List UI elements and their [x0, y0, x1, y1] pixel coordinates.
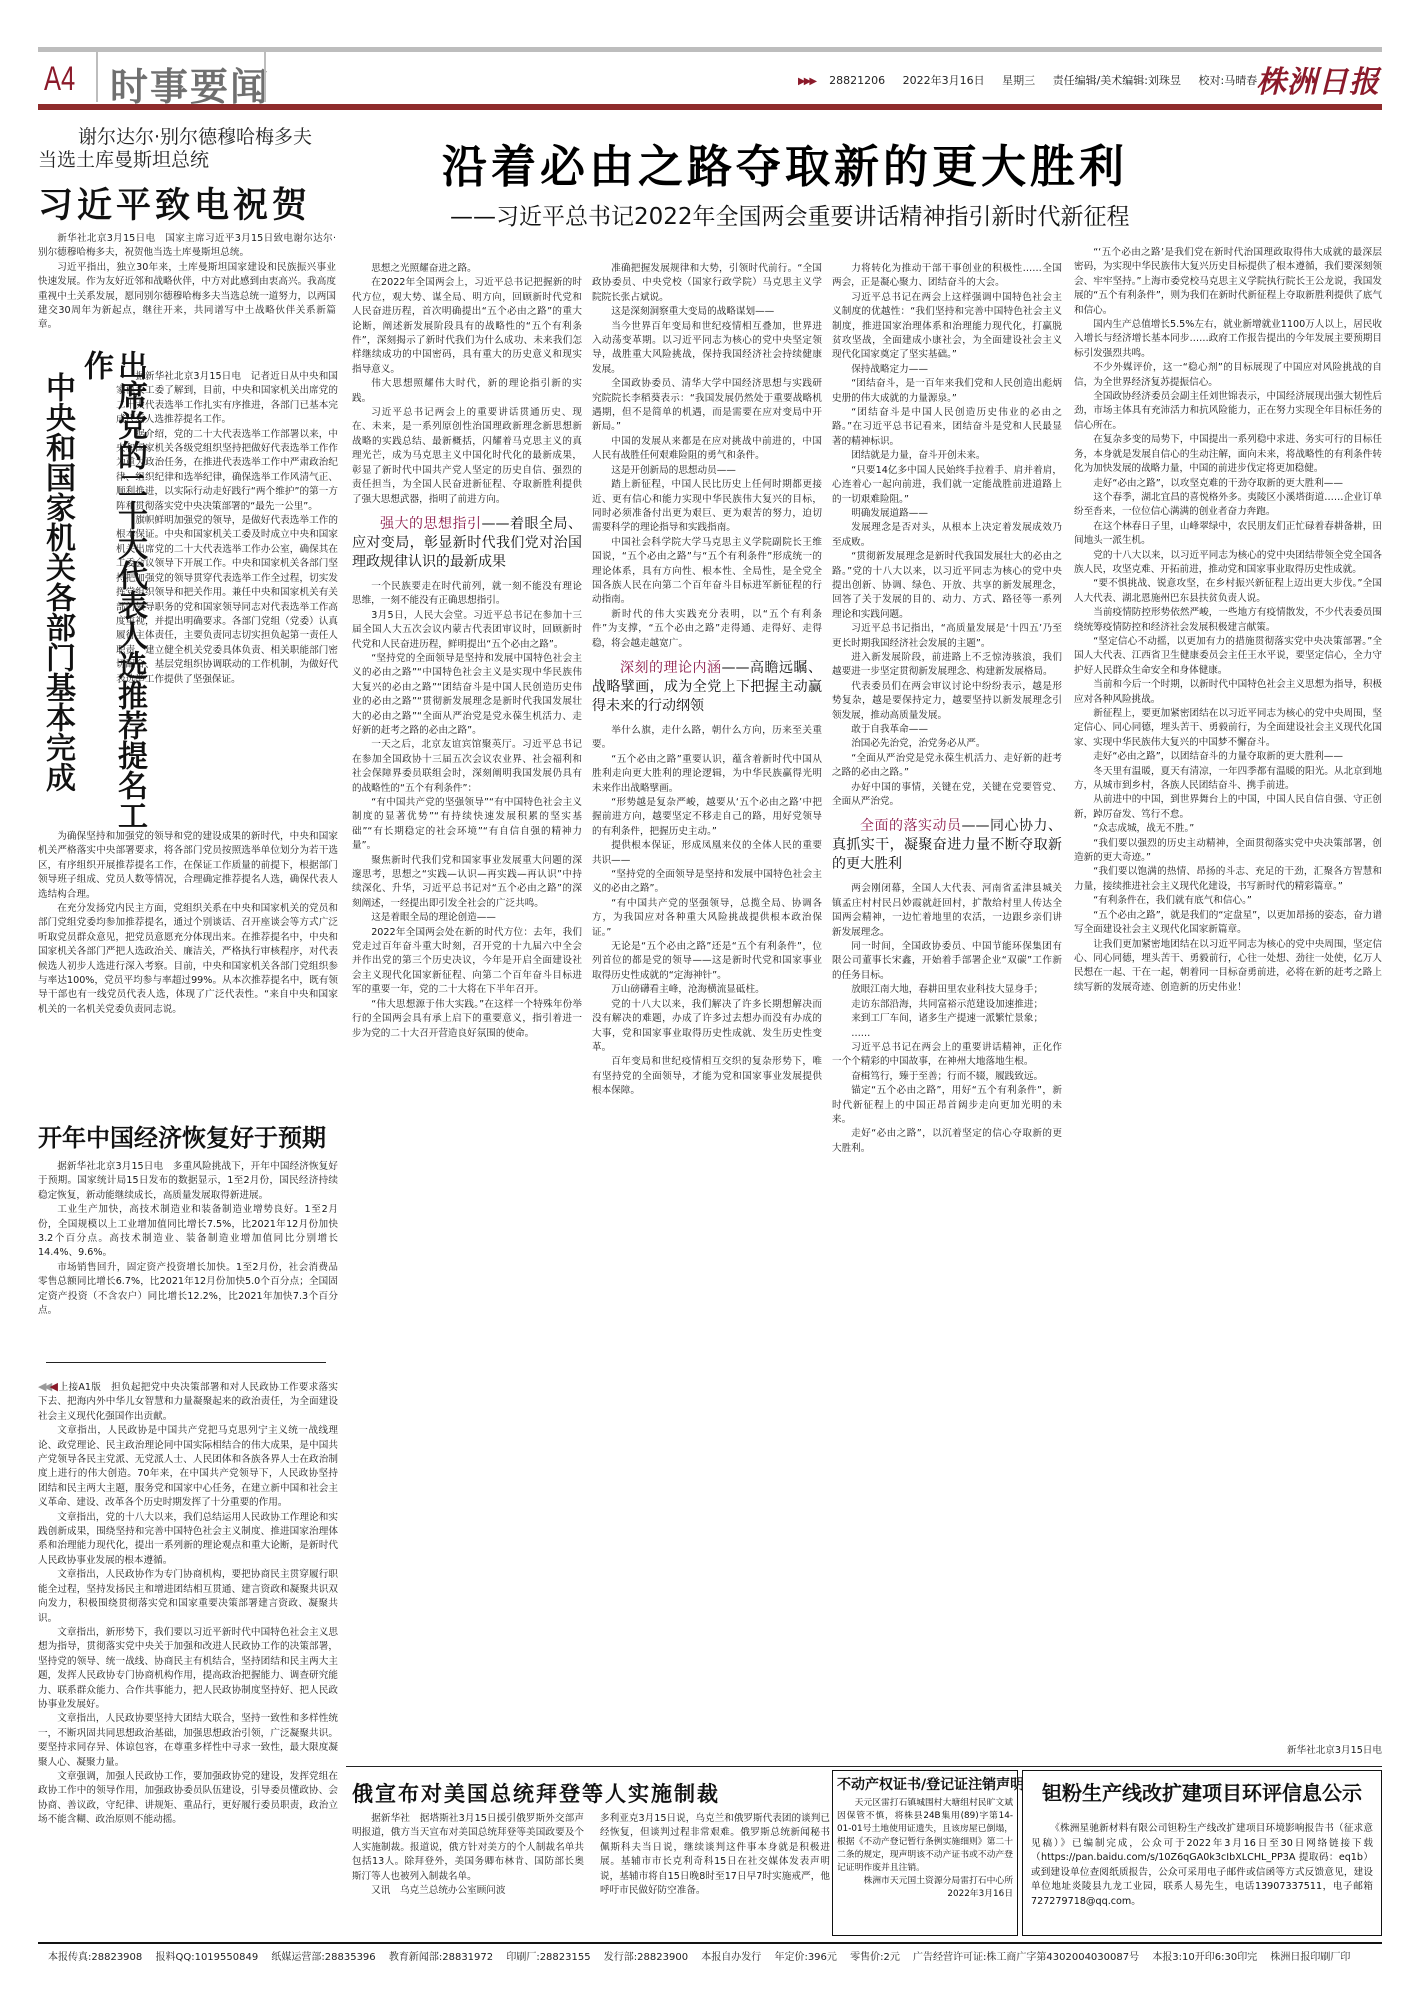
kicker-line-1: 谢尔达尔·别尔德穆哈梅多夫 [38, 126, 338, 149]
main-article-column-3: 力将转化为推动干部干事创业的积极性……全国两会，正是凝心聚力、团结奋斗的大会。 … [832, 262, 1062, 1762]
paragraph: 来到工厂车间，诸多生产提速一派繁忙景象； [832, 1012, 1062, 1026]
paragraph: 《株洲星驰新材料有限公司钽粉生产线改扩建项目环境影响报告书（征求意见稿）》已编制… [1031, 1822, 1373, 1909]
congress-headline-part1: 中央和国家机关各部门基本完成 [40, 372, 74, 792]
footer-distribution: 发行部:28823900 [604, 1952, 688, 1963]
paragraph: 这个春季，湖北宜昌的喜悦格外多。夷陵区小溪塔街道……企业订单纷至沓来，一位位信心… [1074, 491, 1382, 520]
paragraph: 在充分发扬党内民主方面，党组织关系在中央和国家机关的党员和部门党组党委均参加推荐… [38, 902, 338, 1017]
paragraph: 从前进中的中国，到世界舞台上的中国，中国人民自信自强、守正创新，踔厉奋发、笃行不… [1074, 793, 1382, 822]
phone-number: 28821206 [829, 74, 885, 87]
footer-annual-price: 年定价:396元 [774, 1952, 836, 1963]
paragraph: 无论是“五个必由之路”还是“五个有利条件”，位列首位的都是党的领导——这是新时代… [592, 940, 822, 983]
notice-body: 天元区雷打石镇城围村大塘组村民旷文斌因保管不慎，将株县24B集用(89)字第14… [837, 1797, 1013, 1901]
paragraph: 治国必先治党，治党务必从严。 [832, 737, 1062, 751]
paragraph: 天元区雷打石镇城围村大塘组村民旷文斌因保管不慎，将株县24B集用(89)字第14… [837, 1797, 1013, 1875]
weekday: 星期三 [1002, 74, 1035, 87]
notice-body: 《株洲星驰新材料有限公司钽粉生产线改扩建项目环境影响报告书（征求意见稿）》已编制… [1031, 1822, 1373, 1909]
paragraph: “有中国共产党的坚强领导，总揽全局、协调各方，为我国应对各种重大风险挑战提供根本… [592, 897, 822, 940]
paragraph: 让我们更加紧密地团结在以习近平同志为核心的党中央周围，坚定信心、同心同德，埋头苦… [1074, 938, 1382, 996]
paragraph: 文章强调，加强人民政协工作，要加强政协党的建设，发挥党组在政协工作中的领导作用，… [38, 1770, 338, 1828]
masthead-info: ▶▶▶28821206 2022年3月16日 星期三 责任编辑/美术编辑:刘珠昱… [798, 72, 1271, 88]
paragraph: “坚持党的全面领导是坚持和发展中国特色社会主义的必由之路”“中国特色社会主义是实… [352, 652, 582, 738]
paragraph: “全面从严治党是党永葆生机活力、走好新的赶考之路的必由之路。” [832, 752, 1062, 781]
newspaper-logo: 株洲日报 [1256, 57, 1380, 101]
paragraph: 中国社会科学院大学马克思主义学院副院长王维国说，“五个必由之路”与“五个有利条件… [592, 536, 822, 608]
continued-article-body: ◀◀◀ 上接A1版 担负起把党中央决策部署和对人民政协工作要求落实下去、把海内外… [38, 1380, 338, 1935]
footer-printing: 印刷厂:28823155 [506, 1952, 590, 1963]
main-article-column-1: 思想之光照耀奋进之路。 在2022年全国两会上，习近平总书记把握新的时代方位，观… [352, 262, 582, 1762]
paragraph: 在复杂多变的局势下，中国提出一系列稳中求进、务实可行的目标任务，本身就是发展自信… [1074, 433, 1382, 476]
paragraph: 两会刚闭幕，全国人大代表、河南省孟津县城关镇孟庄村村民吕妙霞就赶回村，扩散给村里… [832, 882, 1062, 940]
paragraph: 当今世界百年变局和世纪疫情相互叠加，世界进入动荡变革期。以习近平同志为核心的党中… [592, 320, 822, 378]
footer-rule [38, 1942, 1382, 1944]
paragraph: “伟大思想源于伟大实践。”在这样一个特殊年份举行的全国两会具有承上启下的重要意义… [352, 998, 582, 1041]
paragraph: 准确把握发展规律和大势，引领时代前行。“全国政协委员、中央党校（国家行政学院）马… [592, 262, 822, 305]
paragraph: “有利条件在，我们就有底气和信心。” [1074, 894, 1382, 908]
paragraph: “众志成城，战无不胜。” [1074, 822, 1382, 836]
paragraph: 走好“必由之路”，以攻坚克难的干劲夺取新的更大胜利—— [1074, 477, 1382, 491]
footer-print-time: 本报3:10开印6:30印完 [1152, 1952, 1257, 1963]
paragraph: 当前和今后一个时期，以新时代中国特色社会主义思想为指导，积极应对各种风险挑战。 [1074, 678, 1382, 707]
paragraph: “‘五个必由之路’是我们党在新时代治国理政取得伟大成就的最深层密码，为实现中华民… [1074, 246, 1382, 318]
paragraph: “有中国共产党的坚强领导”“有中国特色社会主义制度的显著优势”“有持续快速发展积… [352, 796, 582, 854]
footer: 本报传真:28823908 报料QQ:1019550849 纸媒运营部:2883… [48, 1948, 1360, 1963]
turkmen-article-body: 新华社北京3月15日电 国家主席习近平3月15日致电谢尔达尔·别尔德穆哈梅多夫，… [38, 232, 336, 342]
paragraph: 一个民族要走在时代前列，就一刻不能没有理论思维，一刻不能没有正确思想指引。 [352, 580, 582, 609]
paragraph: 思想之光照耀奋进之路。 [352, 262, 582, 276]
economy-headline: 开年中国经济恢复好于预期 [38, 1118, 326, 1153]
masthead-divider [96, 52, 98, 102]
paragraph: 习近平总书记两会上的重要讲话贯通历史、现在、未来，是一系列原创性治国理政新理念新… [352, 406, 582, 507]
paragraph: 当前疫情防控形势依然严峻，一些地方有疫情散发，不少代表委员围绕统筹疫情防控和经济… [1074, 606, 1382, 635]
paragraph: 提供根本保证，形成凤凰来仪的全体人民的重要共识—— [592, 839, 822, 868]
masthead: A4 时事要闻 ▶▶▶28821206 2022年3月16日 星期三 责任编辑/… [38, 52, 1382, 102]
paragraph: 万山磅礴看主峰，沧海横流显砥柱。 [592, 983, 822, 997]
paragraph: 举什么旗，走什么路，朝什么方向，历来至关重要。 [592, 724, 822, 753]
turkmen-kicker: 谢尔达尔·别尔德穆哈梅多夫 当选土库曼斯坦总统 [38, 126, 338, 172]
paragraph: 习近平总书记在两会上这样强调中国特色社会主义制度的优越性：“我们坚持和完善中国特… [832, 291, 1062, 363]
paragraph: 百年变局和世纪疫情相互交织的复杂形势下，唯有坚持党的全面领导，才能为党和国家事业… [592, 1055, 822, 1098]
paragraph: 这是着眼全局的理论创造—— [352, 911, 582, 925]
paragraph: 同一时间，全国政协委员、中国节能环保集团有限公司董事长宋鑫，开始着手部署企业“双… [832, 940, 1062, 983]
paragraph: 全国政协经济委员会副主任刘世锦表示，中国经济展现出强大韧性后劲，市场主体具有充沛… [1074, 390, 1382, 433]
paragraph: 力将转化为推动干部干事创业的积极性……全国两会，正是凝心聚力、团结奋斗的大会。 [832, 262, 1062, 291]
paragraph: “我们要以饱满的热情、昂扬的斗志、充足的干劲，汇聚各方智慧和力量，接续推进社会主… [1074, 865, 1382, 894]
paragraph: “贯彻新发展理念是新时代我国发展壮大的必由之路。”党的十八大以来，以习近平同志为… [832, 550, 1062, 622]
paragraph: 文章指出，人民政协要坚持大团结大联合，坚持一致性和多样性统一，不断巩固共同思想政… [38, 1712, 338, 1770]
masthead-bottom-rule [38, 104, 1382, 110]
footer-ad-license: 广告经营许可证:株工商广字第4302004030087号 [913, 1952, 1139, 1963]
paragraph: 走访东部沿海，共同富裕示范建设加速推进； [832, 998, 1062, 1012]
section-heading-3: 全面的落实动员——同心协力、真抓实干，凝聚奋进力量不断夺取新的更大胜利 [832, 817, 1062, 874]
paragraph: 走好“必由之路”，以沉着坚定的信心夺取新的更大胜利。 [832, 1127, 1062, 1156]
paragraph: 不少外媒评价，这一“稳心剂”的目标展现了中国应对风险挑战的自信，为全世界经济复苏… [1074, 361, 1382, 390]
notice-title: 钽粉生产线改扩建项目环评信息公示 [1031, 1777, 1373, 1806]
paragraph: 又讯 乌克兰总统办公室顾问波 [352, 1884, 584, 1898]
bottom-section-divider [346, 1766, 1382, 1767]
paragraph: 在2022年全国两会上，习近平总书记把握新的时代方位，观大势、谋全局、明方向，回… [352, 276, 582, 377]
paragraph: …… [832, 1027, 1062, 1041]
section-heading-1: 强大的思想指引——着眼全局、应对变局，彰显新时代我们党对治国理政规律认识的最新成… [352, 515, 582, 572]
footer-education-news: 教育新闻部:28831972 [389, 1952, 493, 1963]
paragraph: 放眼江南大地，春耕田里农业科技大显身手； [832, 983, 1062, 997]
paragraph: 这是开创新局的思想动员—— [592, 464, 822, 478]
paragraph: “要不惧挑战、锐意攻坚，在乡村振兴新征程上迈出更大步伐。”全国人大代表、湖北恩施… [1074, 577, 1382, 606]
notice-title: 不动产权证书/登记证注销声明 [837, 1774, 1013, 1794]
paragraph: “团结奋斗是中国人民创造历史伟业的必由之路。”在习近平总书记看来，团结奋斗是党和… [832, 406, 1062, 449]
paragraph: 文章指出，新形势下，我们要以习近平新时代中国特色社会主义思想为指导，贯彻落实党中… [38, 1626, 338, 1712]
kicker-line-2: 当选土库曼斯坦总统 [38, 149, 209, 171]
paragraph: 习近平总书记指出，“高质量发展是‘十四五’乃至更长时期我国经济社会发展的主题”。 [832, 622, 1062, 651]
paragraph: 据介绍，党的二十大代表选举工作部署以来，中央和国家机关各级党组织坚持把做好代表选… [116, 428, 338, 514]
main-headline: 沿着必由之路夺取新的更大胜利 [442, 130, 1128, 195]
paragraph: 中国的发展从来都是在应对挑战中前进的，中国人民有战胜任何艰难险阻的勇气和条件。 [592, 435, 822, 464]
congress-article-body-cont: 为确保坚持和加强党的领导和党的建设成果的新时代，中央和国家机关严格落实中央部署要… [38, 830, 338, 1080]
property-certificate-notice: 不动产权证书/登记证注销声明 天元区雷打石镇城围村大塘组村民旷文斌因保管不慎，将… [832, 1770, 1018, 1936]
main-article-column-4: “‘五个必由之路’是我们党在新时代治国理政取得伟大成就的最深层密码，为实现中华民… [1074, 246, 1382, 1756]
editor-credit: 责任编辑/美术编辑:刘珠昱 [1053, 74, 1181, 87]
paragraph: 据新华社北京3月15日电 记者近日从中央和国家机关工委了解到，目前，中央和国家机… [116, 370, 338, 428]
masthead-divider [264, 52, 266, 102]
paragraph: 据新华社 据塔斯社3月15日援引俄罗斯外交部声明报道，俄方当天宣布对美国总统拜登… [352, 1812, 584, 1884]
section-heading-label: 深刻的理论内涵 [620, 660, 722, 676]
paragraph: 聚焦新时代我们党和国家事业发展重大问题的深邃思考，思想之“实践—认识—再实践—再… [352, 854, 582, 912]
continued-arrow-icon: ◀◀◀ [38, 1380, 55, 1393]
paragraph: 为确保坚持和加强党的领导和党的建设成果的新时代，中央和国家机关严格落实中央部署要… [38, 830, 338, 902]
paragraph: 新征程上，要更加紧密团结在以习近平同志为核心的党中央周围，坚定信心、同心同德，埋… [1074, 707, 1382, 750]
paragraph: 明确发展道路—— [832, 507, 1062, 521]
paragraph: 国内生产总值增长5.5%左右，就业新增就业1100万人以上，居民收入增长与经济增… [1074, 318, 1382, 361]
paragraph: 旗帜鲜明加强党的领导，是做好代表选举工作的根本保证。中央和国家机关工委及时成立中… [116, 514, 338, 687]
footer-media-ops: 纸媒运营部:28835396 [271, 1952, 375, 1963]
paragraph: 发展理念是否对头，从根本上决定着发展成效乃至成败。 [832, 521, 1062, 550]
paragraph: “坚持党的全面领导是坚持和发展中国特色社会主义的必由之路”。 [592, 868, 822, 897]
paragraph: “坚定信心不动摇，以更加有力的措施贯彻落实党中央决策部署。”全国人大代表、江西省… [1074, 635, 1382, 678]
main-subheadline: ——习近平总书记2022年全国两会重要讲话精神指引新时代新征程 [450, 198, 1130, 231]
paragraph: 代表委员们在两会审议讨论中纷纷表示，越是形势复杂，越是要保持定力，越要坚持以新发… [832, 680, 1062, 723]
environmental-assessment-notice: 钽粉生产线改扩建项目环评信息公示 《株洲星驰新材料有限公司钽粉生产线改扩建项目环… [1022, 1770, 1382, 1936]
continued-marker: 上接A1版 [59, 1382, 102, 1393]
divider-line [46, 1362, 326, 1363]
paragraph: 习近平指出，独立30年来，土库曼斯坦国家建设和民族振兴事业快速发展。作为友好近邻… [38, 261, 336, 333]
paragraph: “五个必由之路”，就是我们的“定盘星”，以更加昂扬的姿态，奋力谱写全面建设社会主… [1074, 909, 1382, 938]
paragraph: “只要14亿多中国人民始终手拉着手、肩并着肩，心连着心一起向前进，我们就一定能战… [832, 464, 1062, 507]
russia-article-column-1: 据新华社 据塔斯社3月15日援引俄罗斯外交部声明报道，俄方当天宣布对美国总统拜登… [352, 1812, 584, 1938]
paragraph: “形势越是复杂严峻，越要从‘五个必由之路’中把握前进方向，越要坚定不移走自己的路… [592, 796, 822, 839]
paragraph: 办好中国的事情，关键在党，关键在党要管党、全面从严治党。 [832, 781, 1062, 810]
paragraph: 锚定“五个必由之路”，用好“五个有利条件”，新时代新征程上的中国正昂首阔步走向更… [832, 1084, 1062, 1127]
paragraph: 踏上新征程，中国人民比历史上任何时期都更接近、更有信心和能力实现中华民族伟大复兴… [592, 478, 822, 536]
paragraph: 党的十八大以来，我们解决了许多长期想解决而没有解决的难题，办成了许多过去想办而没… [592, 998, 822, 1056]
paragraph: 据新华社北京3月15日电 多重风险挑战下，开年中国经济恢复好于预期。国家统计局1… [38, 1160, 338, 1203]
paragraph: 文章指出，党的十八大以来，我们总结运用人民政协工作理论和实践创新成果，围绕坚持和… [38, 1511, 338, 1569]
paragraph: 文章指出，人民政协作为专门协商机构，要把协商民主贯穿履行职能全过程，坚持发扬民主… [38, 1568, 338, 1626]
russia-article-column-2: 多利亚克3月15日说，乌克兰和俄罗斯代表团的谈判已经恢复，但谈判过程非常艰难。俄… [600, 1812, 830, 1938]
paragraph: 一天之后，北京友谊宾馆聚英厅。习近平总书记在参加全国政协十三届五次会议农业界、社… [352, 738, 582, 796]
paragraph: 市场销售回升，固定资产投资增长加快。1至2月份，社会消费品零售总额同比增长6.7… [38, 1261, 338, 1319]
paragraph: 新时代的伟大实践充分表明，以“五个有利条件”为支撑，“五个必由之路”走得通、走得… [592, 608, 822, 651]
paragraph: 工业生产加快，高技术制造业和装备制造业增势良好。1至2月份，全国规模以上工业增加… [38, 1203, 338, 1261]
notice-date: 2022年3月16日 [837, 1888, 1013, 1901]
economy-article-body: 据新华社北京3月15日电 多重风险挑战下，开年中国经济恢复好于预期。国家统计局1… [38, 1160, 338, 1330]
footer-self-distribution: 本报自办发行 [701, 1952, 761, 1963]
paragraph: “五个必由之路”重要认识，蕴含着新时代中国从胜利走向更大胜利的理论逻辑，为中华民… [592, 753, 822, 796]
issue-date: 2022年3月16日 [903, 74, 985, 87]
paragraph: 敢于自我革命—— [832, 723, 1062, 737]
paragraph: “我们要以强烈的历史主动精神，全面贯彻落实党中央决策部署，创造新的更大奇迹。” [1074, 837, 1382, 866]
notice-signer: 株洲市天元国土资源分局雷打石中心所 [837, 1875, 1013, 1888]
footer-fax: 本报传真:28823908 [48, 1952, 142, 1963]
paragraph: 团结就是力量，奋斗开创未来。 [832, 449, 1062, 463]
section-heading-label: 全面的落实动员 [860, 818, 962, 834]
main-article-column-2: 准确把握发展规律和大势，引领时代前行。“全国政协委员、中央党校（国家行政学院）马… [592, 262, 822, 1762]
paragraph: 全国政协委员、清华大学中国经济思想与实践研究院院长李稻葵表示：“我国发展仍然处于… [592, 377, 822, 435]
paragraph: 3月5日，人民大会堂。习近平总书记在参加十三届全国人大五次会议内蒙古代表团审议时… [352, 609, 582, 652]
paragraph: 党的十八大以来，以习近平同志为核心的党中央团结带领全党全国各族人民，攻坚克难、开… [1074, 549, 1382, 578]
section-heading-2: 深刻的理论内涵——高瞻远瞩、战略擘画，成为全党上下把握主动赢得未来的行动纲领 [592, 659, 822, 716]
section-name: 时事要闻 [110, 56, 270, 111]
paragraph: 2022年全国两会处在新的时代方位：去年，我们党走过百年奋斗重大时刻，召开党的十… [352, 926, 582, 998]
paragraph: 这是深刻洞察重大变局的战略谋划—— [592, 305, 822, 319]
section-heading-label: 强大的思想指引 [380, 516, 482, 532]
paragraph: 多利亚克3月15日说，乌克兰和俄罗斯代表团的谈判已经恢复，但谈判过程非常艰难。俄… [600, 1812, 830, 1898]
paragraph: 伟大思想照耀伟大时代，新的理论指引新的实践。 [352, 377, 582, 406]
paragraph: “团结奋斗，是一百年来我们党和人民创造出彪炳史册的伟大成就的力量源泉。” [832, 377, 1062, 406]
paragraph: 习近平总书记在两会上的重要讲话精神，正化作一个个精彩的中国故事，在神州大地落地生… [832, 1041, 1062, 1070]
triple-arrow-icon: ▶▶▶ [798, 76, 815, 87]
turkmen-headline: 习近平致电祝贺 [38, 178, 338, 228]
page-number: A4 [44, 60, 75, 99]
footer-printer: 株洲日报印刷厂印 [1270, 1952, 1350, 1963]
paragraph: 在这个林春日子里，山峰翠绿中，农民朋友们正忙碌着春耕备耕，田间地头一派生机。 [1074, 520, 1382, 549]
paragraph: 走好“必由之路”，以团结奋斗的力量夺取新的更大胜利—— [1074, 750, 1382, 764]
paragraph: 冬天里有温暖，夏天有清凉，一年四季都有温暖的阳光。从北京到地方，从城市到乡村，各… [1074, 765, 1382, 794]
paragraph: 保持战略定力—— [832, 363, 1062, 377]
proofreader-credit: 校对:马晴春 [1199, 74, 1258, 87]
paragraph: 奋楫笃行，臻于至善；行而不辍，履践致远。 [832, 1070, 1062, 1084]
footer-qq: 报料QQ:1019550849 [155, 1952, 258, 1963]
paragraph: 进入新发展阶段，前进路上不乏惊涛骇浪，我们越要进一步坚定贯彻新发展理念、构建新发… [832, 651, 1062, 680]
russia-headline: 俄宣布对美国总统拜登等人实施制裁 [352, 1778, 720, 1808]
main-article-dateline: 新华社北京3月15日电 [1074, 1744, 1382, 1760]
paragraph: 新华社北京3月15日电 国家主席习近平3月15日致电谢尔达尔·别尔德穆哈梅多夫，… [38, 232, 336, 261]
footer-retail-price: 零售价:2元 [850, 1952, 900, 1963]
paragraph: 文章指出，人民政协是中国共产党把马克思列宁主义统一战线理论、政党理论、民主政治理… [38, 1424, 338, 1510]
